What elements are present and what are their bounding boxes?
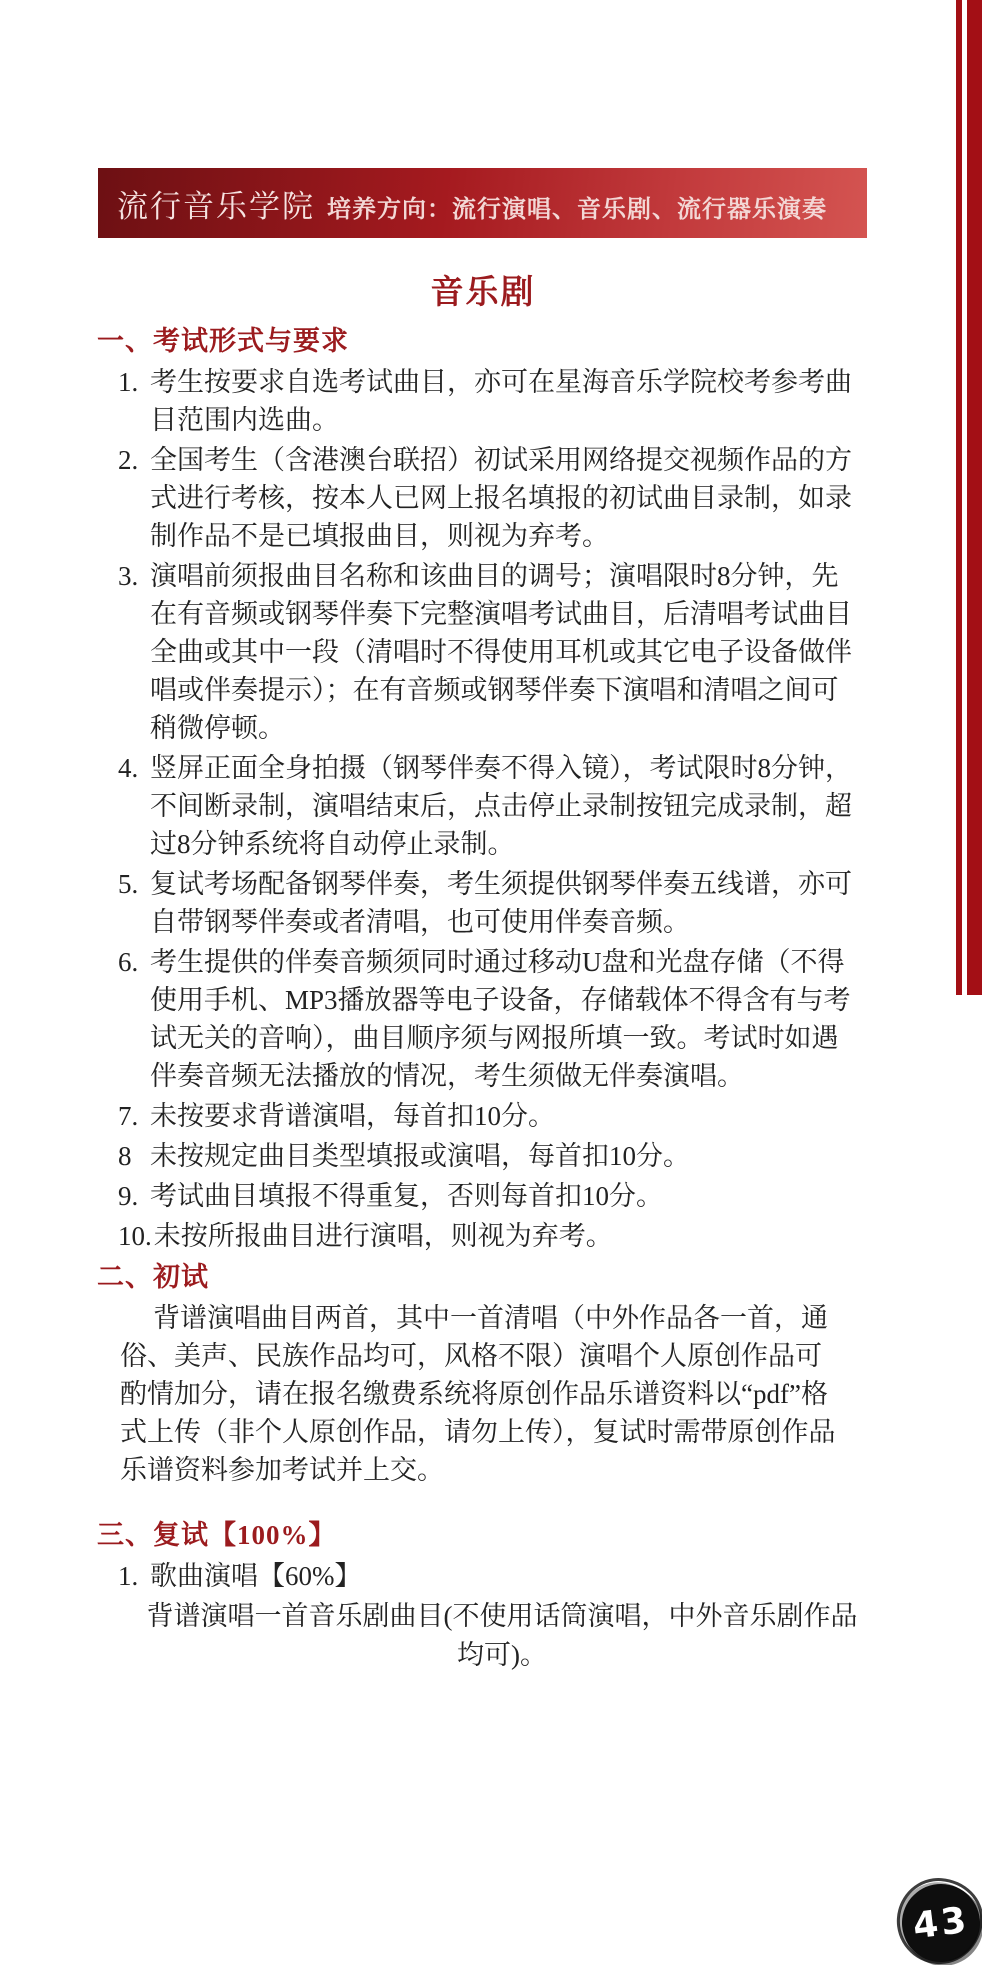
list-item: 2. 全国考生（含港澳台联招）初试采用网络提交视频作品的方式进行考核，按本人已网… xyxy=(118,441,852,555)
item-text: 歌曲演唱【60%】 xyxy=(150,1557,852,1595)
item-text: 竖屏正面全身拍摄（钢琴伴奏不得入镜），考试限时8分钟，不间断录制，演唱结束后，点… xyxy=(150,749,852,863)
right-edge-thin-stripe xyxy=(956,0,962,995)
item-text: 未按所报曲目进行演唱，则视为弃考。 xyxy=(154,1217,852,1255)
second-round-list: 1. 歌曲演唱【60%】 xyxy=(118,1557,852,1595)
item-number: 7. xyxy=(118,1097,150,1135)
song-performance-detail: 背谱演唱一首音乐剧曲目(不使用话筒演唱，中外音乐剧作品均可)。 xyxy=(142,1597,862,1675)
item-text: 考试曲目填报不得重复，否则每首扣10分。 xyxy=(150,1177,852,1215)
item-number: 1. xyxy=(118,363,150,439)
content-column: 音乐剧 一、考试形式与要求 1. 考生按要求自选考试曲目，亦可在星海音乐学院校考… xyxy=(97,262,869,1675)
list-item: 3. 演唱前须报曲目名称和该曲目的调号；演唱限时8分钟，先在有音频或钢琴伴奏下完… xyxy=(118,557,852,747)
item-number: 8 xyxy=(118,1137,150,1175)
page-number-badge: 43 xyxy=(899,1881,982,1965)
item-number: 5. xyxy=(118,865,150,941)
section-heading-first-round: 二、初试 xyxy=(97,1259,869,1295)
list-item: 9. 考试曲目填报不得重复，否则每首扣10分。 xyxy=(118,1177,852,1215)
item-text: 未按规定曲目类型填报或演唱，每首扣10分。 xyxy=(150,1137,852,1175)
page-title: 音乐剧 xyxy=(97,266,869,313)
right-edge-wide-stripe xyxy=(967,0,982,995)
exam-requirements-list: 1. 考生按要求自选考试曲目，亦可在星海音乐学院校考参考曲目范围内选曲。 2. … xyxy=(118,363,852,1255)
school-name: 流行音乐学院 xyxy=(117,181,315,226)
item-text: 考生按要求自选考试曲目，亦可在星海音乐学院校考参考曲目范围内选曲。 xyxy=(150,363,852,439)
item-text: 全国考生（含港澳台联招）初试采用网络提交视频作品的方式进行考核，按本人已网上报名… xyxy=(150,441,852,555)
item-number: 4. xyxy=(118,749,150,863)
training-directions: 培养方向：流行演唱、音乐剧、流行器乐演奏 xyxy=(327,182,827,224)
item-number: 6. xyxy=(118,943,150,1095)
list-item: 1. 歌曲演唱【60%】 xyxy=(118,1557,852,1595)
item-text: 考生提供的伴奏音频须同时通过移动U盘和光盘存储（不得使用手机、MP3播放器等电子… xyxy=(150,943,852,1095)
list-item: 7. 未按要求背谱演唱，每首扣10分。 xyxy=(118,1097,852,1135)
item-number: 1. xyxy=(118,1557,150,1595)
list-item: 4. 竖屏正面全身拍摄（钢琴伴奏不得入镜），考试限时8分钟，不间断录制，演唱结束… xyxy=(118,749,852,863)
item-number: 3. xyxy=(118,557,150,747)
section-heading-exam-requirements: 一、考试形式与要求 xyxy=(97,323,869,359)
document-page: 流行音乐学院 培养方向：流行演唱、音乐剧、流行器乐演奏 音乐剧 一、考试形式与要… xyxy=(0,0,982,1965)
item-text: 演唱前须报曲目名称和该曲目的调号；演唱限时8分钟，先在有音频或钢琴伴奏下完整演唱… xyxy=(150,557,852,747)
first-round-paragraph: 背谱演唱曲目两首，其中一首清唱（中外作品各一首，通俗、美声、民族作品均可，风格不… xyxy=(120,1299,847,1489)
list-item: 6. 考生提供的伴奏音频须同时通过移动U盘和光盘存储（不得使用手机、MP3播放器… xyxy=(118,943,852,1095)
item-text: 未按要求背谱演唱，每首扣10分。 xyxy=(150,1097,852,1135)
page-number: 43 xyxy=(911,1899,972,1947)
item-number: 2. xyxy=(118,441,150,555)
list-item: 10. 未按所报曲目进行演唱，则视为弃考。 xyxy=(118,1217,852,1255)
school-banner: 流行音乐学院 培养方向：流行演唱、音乐剧、流行器乐演奏 xyxy=(98,168,867,238)
list-item: 8 未按规定曲目类型填报或演唱，每首扣10分。 xyxy=(118,1137,852,1175)
item-number: 10. xyxy=(118,1217,154,1255)
item-number: 9. xyxy=(118,1177,150,1215)
section-heading-second-round: 三、复试【100%】 xyxy=(97,1517,869,1553)
list-item: 1. 考生按要求自选考试曲目，亦可在星海音乐学院校考参考曲目范围内选曲。 xyxy=(118,363,852,439)
list-item: 5. 复试考场配备钢琴伴奏，考生须提供钢琴伴奏五线谱，亦可自带钢琴伴奏或者清唱，… xyxy=(118,865,852,941)
item-text: 复试考场配备钢琴伴奏，考生须提供钢琴伴奏五线谱，亦可自带钢琴伴奏或者清唱，也可使… xyxy=(150,865,852,941)
